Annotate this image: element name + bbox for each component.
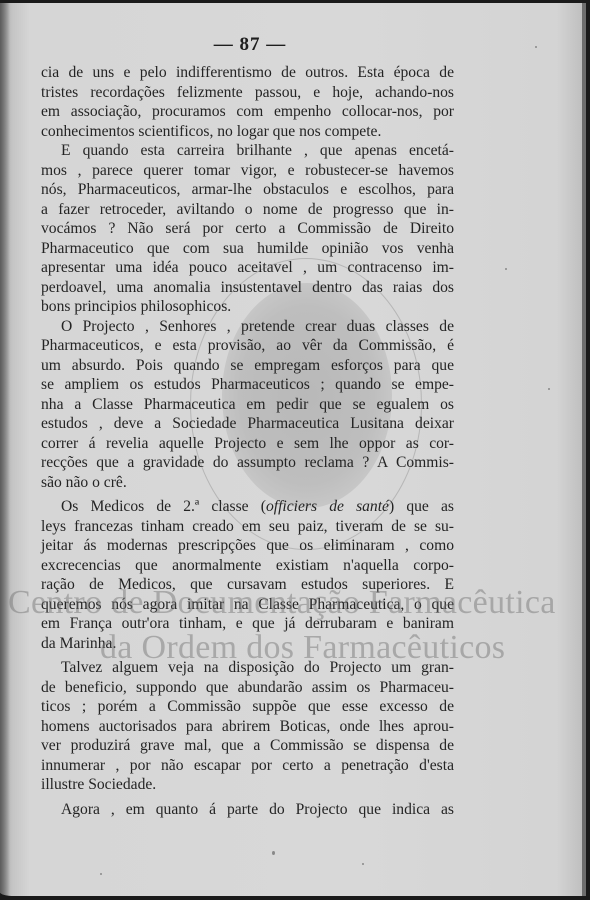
paper-speck [448,243,450,245]
paragraph: Os Medicos de 2.ª classe (officiers de s… [41,497,454,653]
body-text: cia de uns e pelo indifferentismo de out… [41,63,454,819]
text-line: queremos nós agora imitar na Classe Phar… [41,595,454,615]
text-line: em França outr'ora tinham, e que já derr… [41,614,454,634]
text-line: um absurdo. Pois quando se empregam esfo… [41,356,454,376]
text-line: E quando esta carreira brilhante , que a… [41,141,454,161]
text-line: innumerar , por não escapar por certo a … [41,756,454,776]
text-line: Pharmaceuticos, e esta provisão, ao vêr … [41,336,454,356]
text-line: de beneficio, suppondo que abundarão ass… [41,678,454,698]
text-line: Agora , em quanto á parte do Projecto qu… [41,800,454,820]
text-line: illustre Sociedade. [41,775,454,795]
paragraph: Agora , em quanto á parte do Projecto qu… [41,800,454,820]
text-line: tristes recordações felizmente passou, e… [41,83,454,103]
page-number: — 87 — [0,34,500,56]
text-line: a fazer retroceder, aviltando o nome de … [41,200,454,220]
text-line: são não o crê. [41,473,454,493]
text-line: nós, Pharmaceuticos, armar-lhe obstaculo… [41,180,454,200]
text-line: correr á revelia aquelle Projecto e sem … [41,434,454,454]
text-line: em associação, procuramos com empenho co… [41,102,454,122]
text-line: homens auctorisados para abrirem Boticas… [41,717,454,737]
paragraph: O Projecto , Senhores , pretende crear d… [41,317,454,493]
text-line: cia de uns e pelo indifferentismo de out… [41,63,454,83]
text-line: jeitar ás modernas prescripções que os e… [41,536,454,556]
text-line: estudos , deve a Sociedade Pharmaceutica… [41,414,454,434]
book-page: — 87 — cia de uns e pelo indifferentismo… [0,3,586,896]
text-line: O Projecto , Senhores , pretende crear d… [41,317,454,337]
paper-speck [272,851,275,855]
text-line: ração de Medicos, que cursavam estudos s… [41,575,454,595]
text-line: Os Medicos de 2.ª classe (officiers de s… [41,497,454,517]
paragraph: Talvez alguem veja na disposição do Proj… [41,658,454,795]
text-line: vocámos ? Não será por certo a Commissão… [41,219,454,239]
text-line: apresentar uma idéa pouco aceitavel , um… [41,258,454,278]
paper-speck [100,873,102,875]
text-line: perdoavel, uma anomalia insustentavel de… [41,278,454,298]
text-line: conhecimentos scientificos, no logar que… [41,122,454,142]
text-line: da Marinha. [41,634,454,654]
text-line: bons principios philosophicos. [41,297,454,317]
text-line: mos , parece querer tomar vigor, e robus… [41,161,454,181]
text-line: ver produzirá grave mal, que a Commissão… [41,736,454,756]
text-line: excrecencias que anormalmente existiam n… [41,556,454,576]
text-line: se ampliem os estudos Pharmaceuticos ; q… [41,375,454,395]
paper-speck [505,268,507,270]
paragraph: cia de uns e pelo indifferentismo de out… [41,63,454,141]
italic-phrase: officiers de santé [266,498,389,515]
text-line: ticos ; porém a Commissão suppõe que ess… [41,697,454,717]
text-line: recções que a gravidade do assumpto recl… [41,453,454,473]
paragraph: E quando esta carreira brilhante , que a… [41,141,454,317]
text-line: nha a Classe Pharmaceutica em pedir que … [41,395,454,415]
text-line: Talvez alguem veja na disposição do Proj… [41,658,454,678]
text-line: Pharmaceutico que com sua humilde opiniã… [41,239,454,259]
text-line: leys francezas tinham creado em seu paiz… [41,517,454,537]
paper-speck [548,388,550,390]
paper-speck [535,46,537,48]
paper-speck [362,863,364,865]
